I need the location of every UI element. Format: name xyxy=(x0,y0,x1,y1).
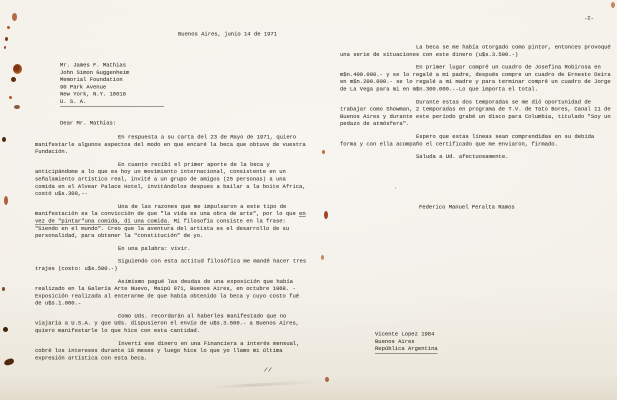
address-line: Buenos Aires xyxy=(375,338,438,345)
sender-address-block: Vicente Lopez 1984Buenos AiresRepública … xyxy=(375,331,438,353)
page-2-paragraphs: La beca se me había otorgado como pintor… xyxy=(340,44,613,148)
ink-stain xyxy=(324,211,328,219)
paragraph: Asimismo pagué las deudas de una exposic… xyxy=(35,278,308,307)
typed-signature-name: Federico Manuel Peralta Ramos xyxy=(419,204,515,211)
ink-stain xyxy=(321,255,324,260)
paragraph: Invertí ese dinero en una Financiera a i… xyxy=(35,340,308,362)
paragraph: Siguiendo con esta actitud filosófica me… xyxy=(35,258,308,273)
ink-stain xyxy=(325,377,329,382)
paragraph: La beca se me había otorgado como pintor… xyxy=(340,44,613,59)
salutation: Dear Mr. Mathias: xyxy=(60,120,116,127)
address-line: Mr. James F. Mathias xyxy=(60,62,164,69)
page-number: -2- xyxy=(584,15,594,22)
paragraph: En primer lugar compré un cuadro de Jose… xyxy=(340,64,613,93)
address-line: U. S. A. xyxy=(60,98,164,106)
address-line: Memorial Foundation xyxy=(60,77,164,84)
address-line: New York, N.Y. 10016 xyxy=(60,91,164,98)
stray-typed-mark: . xyxy=(394,184,397,191)
letter-body-page-2: La beca se me había otorgado como pintor… xyxy=(340,44,613,166)
continuation-mark: // xyxy=(264,367,273,374)
paragraph: Como Uds. recordarán al haberles manifes… xyxy=(35,313,308,335)
paragraph: Espero que estas líneas sean comprendida… xyxy=(340,133,613,148)
paragraph: Durante estas dos temporadas se me dió o… xyxy=(340,99,613,128)
date-line: Buenos Aires, junio 14 de 1971 xyxy=(178,31,277,38)
address-line: Vicente Lopez 1984 xyxy=(375,331,438,338)
paragraph: En cuanto recibí el primer aporte de la … xyxy=(35,161,308,197)
letter-page-2: -2- La beca se me había otorgado como pi… xyxy=(330,0,617,400)
recipient-address-block: Mr. James F. MathiasJohn Simon Guggenhei… xyxy=(60,62,164,106)
paragraph: En respuesta a su carta del 23 de Mayo d… xyxy=(35,134,308,156)
paragraph: En una palabra: vivir. xyxy=(35,245,308,252)
letter-page-1: Buenos Aires, junio 14 de 1971 Mr. James… xyxy=(0,0,308,400)
letter-body-page-1: En respuesta a su carta del 23 de Mayo d… xyxy=(35,134,308,368)
closing-line: Saluda a Ud. afectuosamente. xyxy=(340,154,613,161)
address-line: República Argentina xyxy=(375,346,438,354)
address-line: John Simon Guggenheim xyxy=(60,69,164,76)
paragraph: Una de las razones que me impulsaron a e… xyxy=(35,203,308,239)
ink-stain xyxy=(322,150,325,154)
address-line: 90 Park Avenue xyxy=(60,84,164,91)
